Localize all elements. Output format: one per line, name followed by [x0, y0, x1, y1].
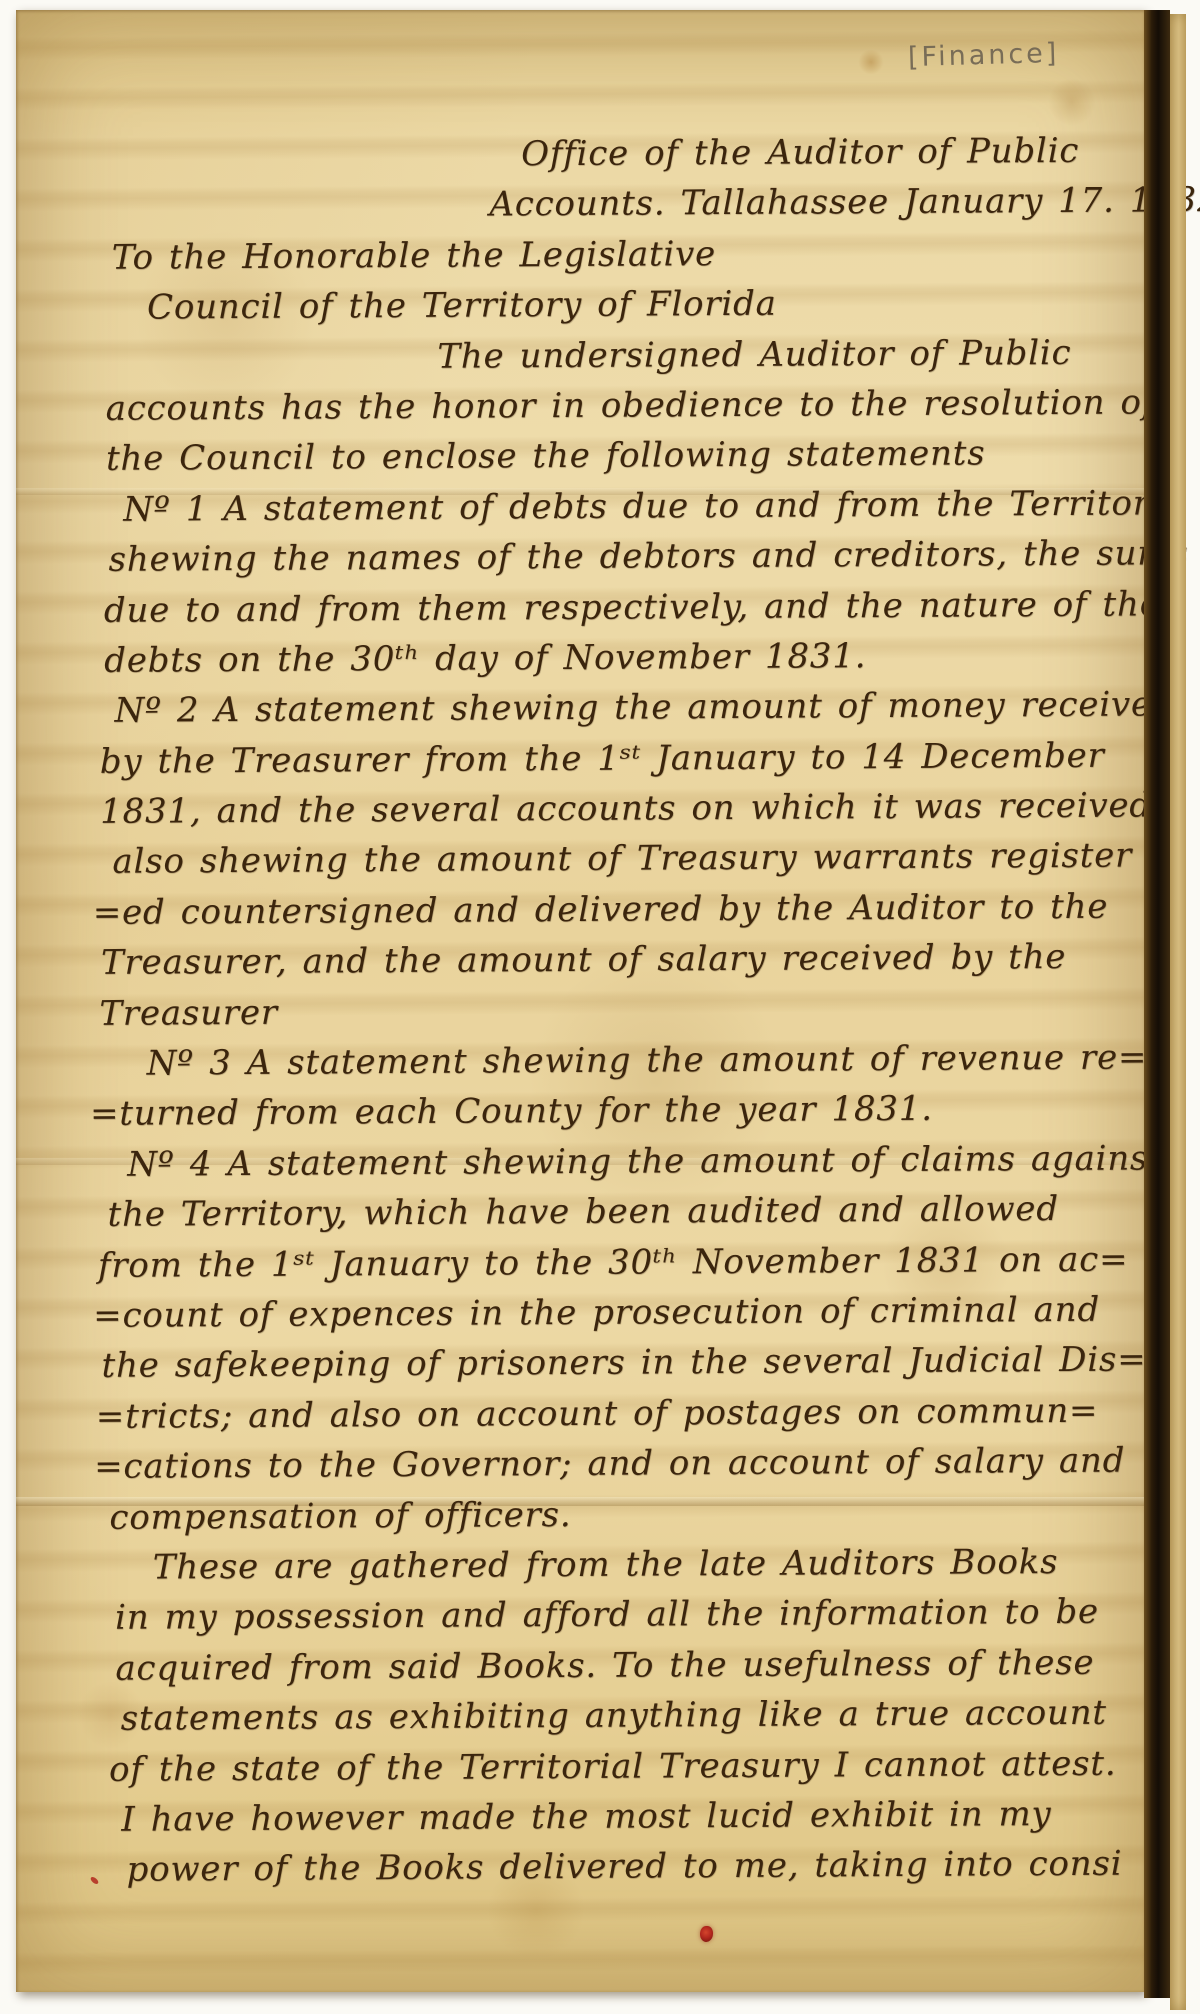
- manuscript-line: acquired from said Books. To the usefuln…: [25, 1637, 1165, 1694]
- manuscript-line: The undersigned Auditor of Public: [17, 327, 1157, 384]
- manuscript-line: =ed countersigned and delivered by the A…: [21, 881, 1161, 938]
- manuscript-line: Council of the Territory of Florida: [17, 277, 1157, 334]
- manuscript-line: statements as exhibiting anything like a…: [26, 1687, 1166, 1744]
- manuscript-line: debts on the 30ᵗʰ day of November 1831.: [19, 629, 1159, 686]
- finance-annotation: [Finance]: [908, 38, 1060, 73]
- manuscript-line: Nº 1 A statement of debts due to and fro…: [18, 478, 1158, 535]
- manuscript-line: Treasurer, and the amount of salary rece…: [21, 932, 1161, 989]
- manuscript-line: the Council to enclose the following sta…: [18, 428, 1158, 485]
- manuscript-line: Accounts. Tallahassee January 17. 1832: [16, 176, 1156, 233]
- manuscript-line: =turned from each County for the year 18…: [22, 1083, 1162, 1140]
- manuscript-line: Nº 4 A statement shewing the amount of c…: [22, 1133, 1162, 1190]
- manuscript-line: Nº 3 A statement shewing the amount of r…: [22, 1032, 1162, 1089]
- manuscript-line: Treasurer: [21, 982, 1161, 1039]
- manuscript-line: compensation of officers.: [24, 1486, 1164, 1543]
- manuscript-line: also shewing the amount of Treasury warr…: [20, 831, 1160, 888]
- red-wax-dot: [700, 1926, 713, 1942]
- manuscript-line: Office of the Auditor of Public: [16, 125, 1156, 182]
- manuscript-line: Nº 2 A statement shewing the amount of m…: [19, 680, 1159, 737]
- manuscript-line: =count of expences in the prosecution of…: [23, 1284, 1163, 1341]
- manuscript-line: These are gathered from the late Auditor…: [25, 1536, 1165, 1593]
- underlying-page-edge: [1170, 14, 1186, 2010]
- manuscript-line: =cations to the Governor; and on account…: [24, 1436, 1164, 1493]
- manuscript-line: in my possession and afford all the info…: [25, 1587, 1165, 1644]
- manuscript-line: due to and from them respectively, and t…: [19, 579, 1159, 636]
- page-edge-shadow: [1144, 10, 1170, 1998]
- document-scan: [Finance] Office of the Auditor of Publi…: [0, 0, 1200, 2014]
- manuscript-line: =tricts; and also on account of postages…: [24, 1385, 1164, 1442]
- manuscript-line: I have however made the most lucid exhib…: [26, 1788, 1166, 1845]
- manuscript-line: by the Treasurer from the 1ˢᵗ January to…: [20, 730, 1160, 787]
- document-page: [Finance] Office of the Auditor of Publi…: [16, 10, 1144, 1992]
- manuscript-line: from the 1ˢᵗ January to the 30ᵗʰ Novembe…: [23, 1234, 1163, 1291]
- manuscript-line: To the Honorable the Legislative: [17, 226, 1157, 283]
- manuscript-line: 1831, and the several accounts on which …: [20, 780, 1160, 837]
- manuscript-text: Office of the Auditor of PublicAccounts.…: [16, 125, 1167, 1896]
- manuscript-line: the Territory, which have been audited a…: [22, 1184, 1162, 1241]
- manuscript-line: the safekeeping of prisoners in the seve…: [23, 1335, 1163, 1392]
- manuscript-line: of the state of the Territorial Treasury…: [26, 1738, 1166, 1795]
- manuscript-line: shewing the names of the debtors and cre…: [18, 529, 1158, 586]
- manuscript-line: power of the Books delivered to me, taki…: [26, 1839, 1166, 1896]
- manuscript-line: accounts has the honor in obedience to t…: [18, 377, 1158, 434]
